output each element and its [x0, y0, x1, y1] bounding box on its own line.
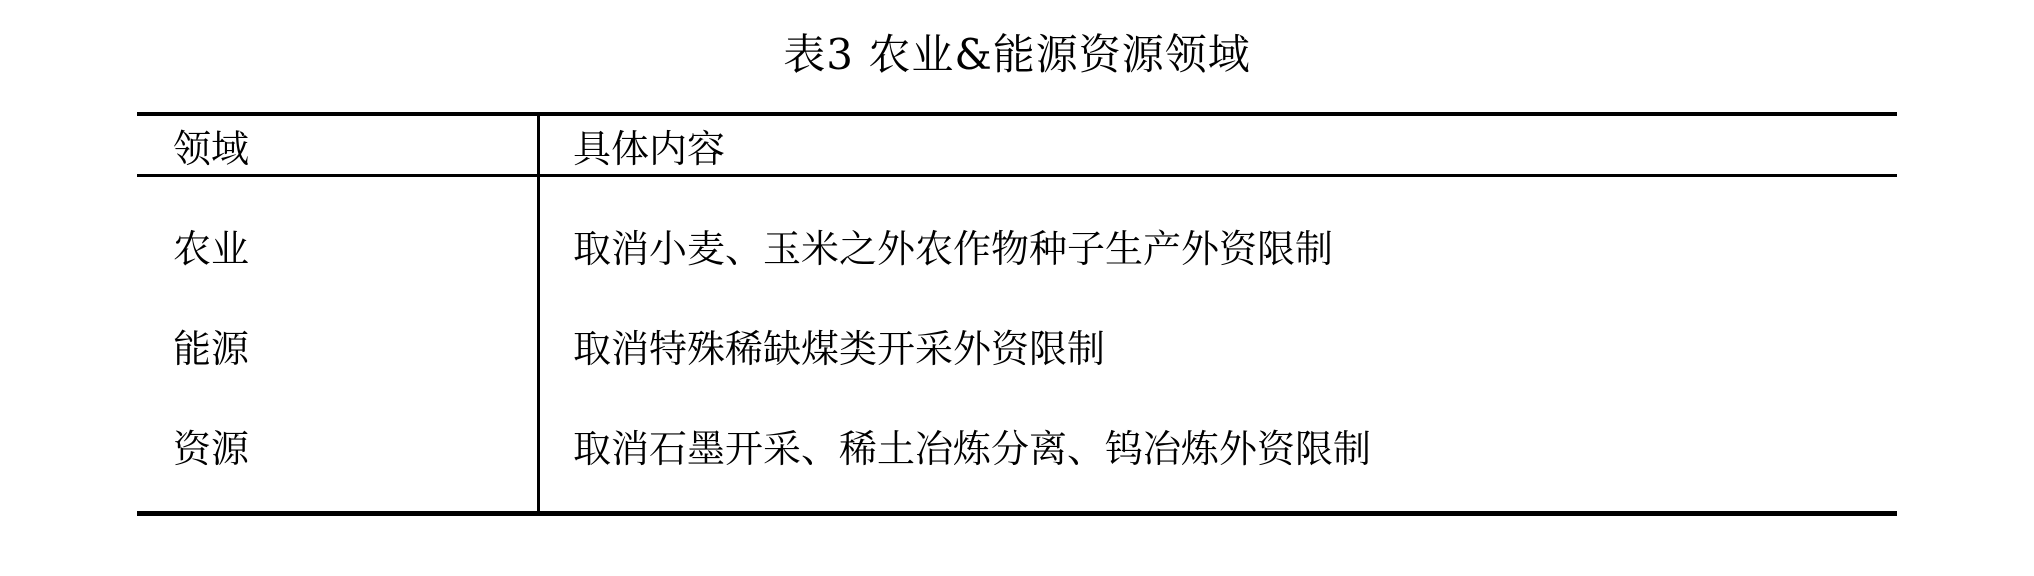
table-row: 能源 取消特殊稀缺煤类开采外资限制 — [137, 295, 1897, 395]
cell-content: 取消小麦、玉米之外农作物种子生产外资限制 — [537, 218, 1897, 273]
header-cell-field: 领域 — [137, 118, 537, 173]
cell-field: 能源 — [137, 318, 537, 373]
column-divider — [537, 116, 540, 511]
table-title: 表3 农业&能源资源领域 — [0, 32, 2034, 78]
table-header-row: 领域 具体内容 — [137, 116, 1897, 177]
cell-field: 资源 — [137, 418, 537, 473]
cell-field: 农业 — [137, 218, 537, 273]
header-cell-content: 具体内容 — [537, 118, 1897, 173]
table-body: 农业 取消小麦、玉米之外农作物种子生产外资限制 能源 取消特殊稀缺煤类开采外资限… — [137, 177, 1897, 511]
document-page: 表3 农业&能源资源领域 领域 具体内容 农业 取消小麦、玉米之外农作物种子生产… — [0, 0, 2034, 576]
cell-content: 取消特殊稀缺煤类开采外资限制 — [537, 318, 1897, 373]
cell-content: 取消石墨开采、稀土冶炼分离、钨冶炼外资限制 — [537, 418, 1897, 473]
table-row: 资源 取消石墨开采、稀土冶炼分离、钨冶炼外资限制 — [137, 395, 1897, 495]
data-table: 领域 具体内容 农业 取消小麦、玉米之外农作物种子生产外资限制 能源 取消特殊稀… — [137, 112, 1897, 516]
table-row: 农业 取消小麦、玉米之外农作物种子生产外资限制 — [137, 195, 1897, 295]
